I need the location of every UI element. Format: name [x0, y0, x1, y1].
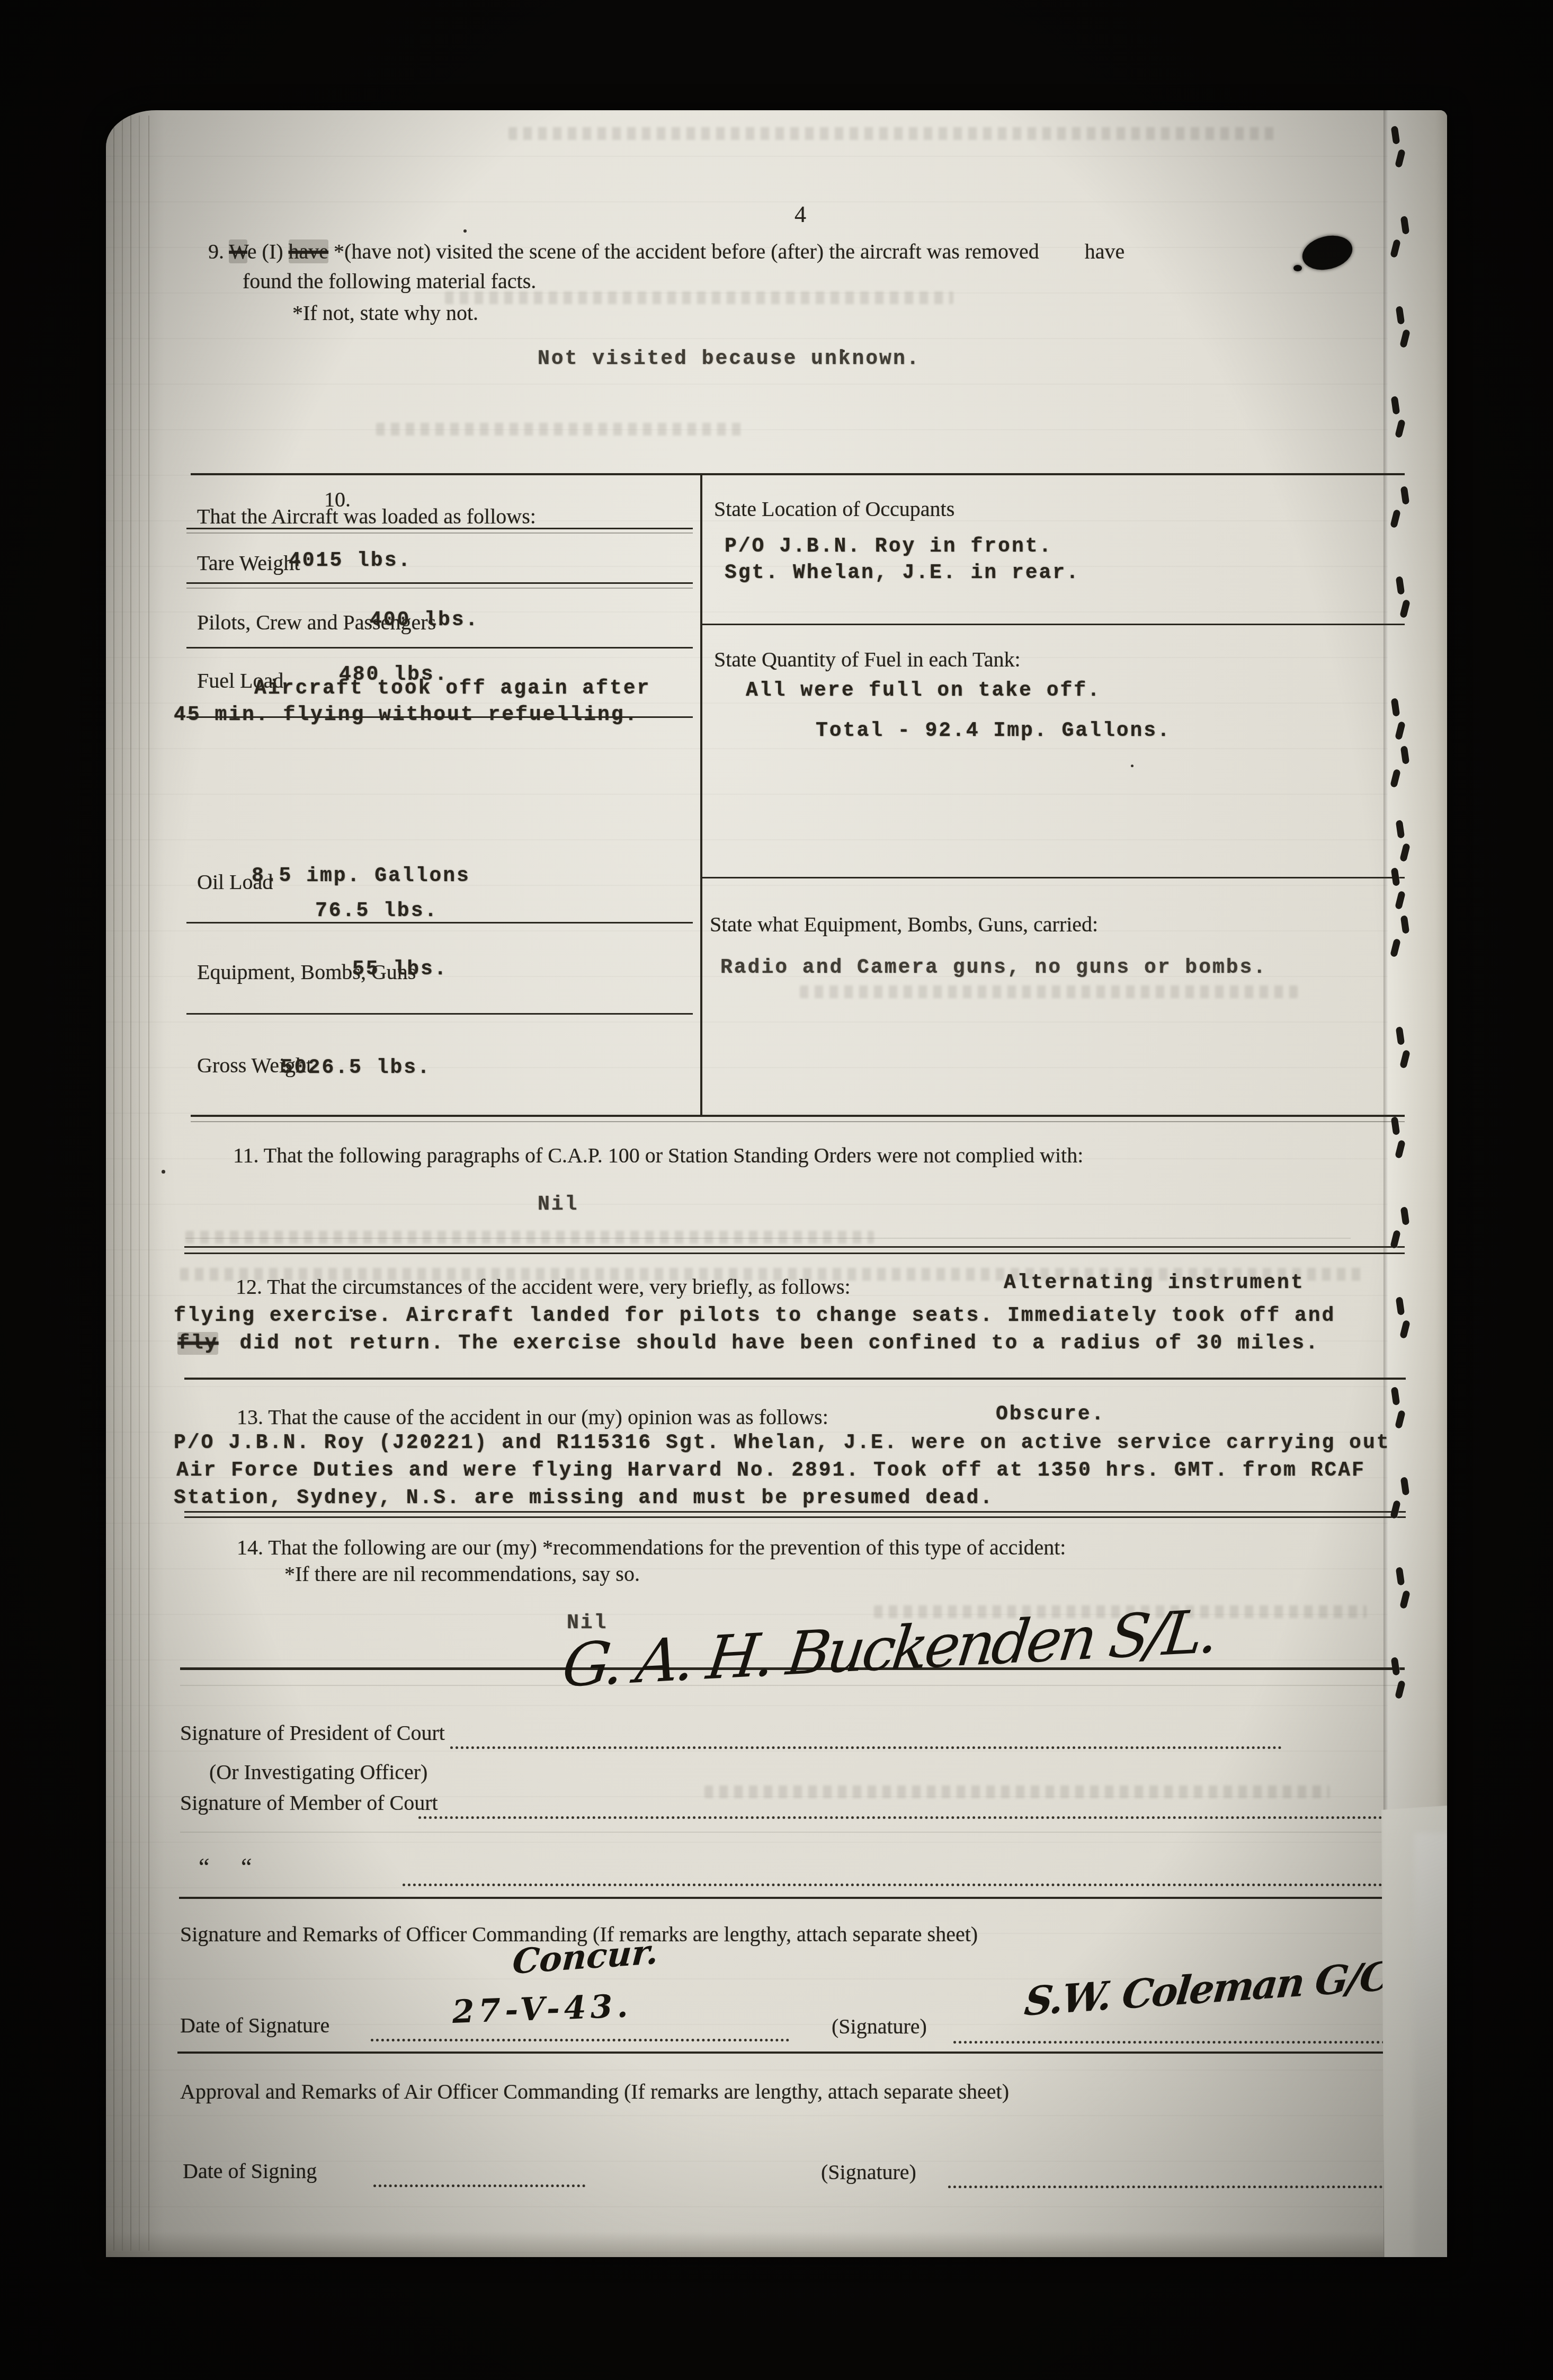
overlapping-paper-flap: [1381, 1798, 1447, 2257]
table-bottom-rule: [191, 1115, 1405, 1117]
item12-line3: flydid not return. The exercise should h…: [177, 1332, 1319, 1355]
item13-typed1: P/O J.B.N. Roy (J20221) and R115316 Sgt.…: [174, 1432, 1390, 1454]
row-underline: [186, 528, 693, 529]
row-underline: [186, 716, 693, 718]
item9-struck-have: have: [289, 239, 329, 263]
paper-speck: [350, 1309, 353, 1312]
row-underline-echo: [186, 532, 693, 534]
item9-typed-answer: Not visited because unknown.: [538, 348, 921, 370]
bottom-torn-edge: [106, 2232, 1447, 2257]
item11-typed-answer: Nil: [538, 1193, 578, 1216]
item9-line2: found the following material facts.: [243, 269, 536, 294]
ink-blot-drip: [1293, 265, 1302, 271]
signing-signature-label: (Signature): [821, 2160, 916, 2184]
equipment-carried-line1: Radio and Camera guns, no guns or bombs.: [720, 956, 1267, 979]
member-signature-line: [418, 1816, 1398, 1819]
fuel-note1: Aircraft took off again after: [254, 677, 650, 700]
item12-struck-word: fly: [177, 1332, 218, 1355]
row-underline: [186, 582, 693, 584]
signature-label: (Signature): [832, 2014, 927, 2039]
paper-speck: [463, 229, 467, 233]
left-edge-shading: [106, 110, 164, 2257]
item12-typed1: Alternating instrument: [1004, 1272, 1305, 1294]
gross-value: 5026.5 lbs.: [281, 1056, 431, 1079]
item9-number: 9.: [208, 239, 229, 263]
row-underline-echo: [186, 588, 693, 589]
paper-speck: [596, 1573, 599, 1575]
scan-background: { "document": { "page_number": "4", "ite…: [0, 0, 1553, 2380]
aoc-heading: Approval and Remarks of Air Officer Comm…: [180, 2080, 1009, 2104]
president-sub-label: (Or Investigating Officer): [209, 1760, 427, 1784]
table-top-rule: [191, 473, 1405, 475]
tare-value: 4015 lbs.: [289, 549, 412, 572]
tare-label: Tare Weight: [197, 551, 300, 575]
fuel-note2: 45 min. flying without refuelling.: [174, 704, 638, 726]
equipment-carried-label: State what Equipment, Bombs, Guns, carri…: [710, 912, 1098, 937]
date-of-signature-line: [371, 2039, 789, 2041]
oc-signature-handwriting: S.W. Coleman G/C: [1022, 1953, 1392, 2025]
item9-struck-we: W: [229, 239, 247, 263]
item9-line1-tail: have: [1085, 239, 1125, 263]
ditto-mark-left: “: [199, 1853, 209, 1881]
paper-speck: [162, 1170, 165, 1174]
divider-rule: [179, 1897, 1405, 1899]
table-bottom-rule-echo: [191, 1121, 1405, 1122]
equipment-value: 55 lbs.: [352, 958, 448, 981]
oil-value2: 76.5 lbs.: [315, 900, 438, 922]
bleedthrough-band: [508, 127, 1277, 140]
fuel-tanks-line1: All were full on take off.: [746, 679, 1101, 702]
oil-value: 8.5 imp. Gallons: [252, 865, 470, 887]
table-column-divider: [700, 475, 702, 1117]
item9-line1-rest: *(have not) visited the scene of the acc…: [328, 239, 1039, 263]
divider-rule: [184, 1246, 1405, 1248]
right-col-divider2: [700, 877, 1405, 878]
president-label: Signature of President of Court: [180, 1721, 445, 1745]
crew-value: 400 lbs.: [370, 609, 479, 632]
signing-signature-line: [948, 2186, 1409, 2188]
item12-intro: 12. That the circumstances of the accide…: [236, 1275, 851, 1299]
paper-speck: [842, 350, 845, 352]
row-underline: [186, 1013, 693, 1015]
section10-title: That the Aircraft was loaded as follows:: [197, 504, 536, 529]
date-of-signature-handwriting: 27-V-43.: [452, 1987, 633, 2031]
bleedthrough-band: [800, 985, 1298, 998]
paper-speck: [1131, 765, 1133, 767]
item13-intro: 13. That the cause of the accident in ou…: [237, 1405, 828, 1429]
fuel-tanks-line2: Total - 92.4 Imp. Gallons.: [816, 720, 1171, 742]
fuel-tanks-label: State Quantity of Fuel in each Tank:: [714, 647, 1021, 672]
item14-line1: 14. That the following are our (my) *rec…: [237, 1535, 1066, 1560]
item9-line1: 9. We (I) have *(have not) visited the s…: [208, 239, 1124, 264]
item13-typed3: Station, Sydney, N.S. are missing and mu…: [174, 1487, 994, 1509]
date-of-signature-label: Date of Signature: [180, 2013, 329, 2038]
divider-rule: [177, 2052, 1406, 2054]
item9-we-rest: e: [247, 239, 257, 263]
item9-mid: (I): [257, 239, 289, 263]
item11-text: 11. That the following paragraphs of C.A…: [233, 1143, 1083, 1168]
bleedthrough-band: [704, 1786, 1329, 1798]
oc-signature-line: [953, 2041, 1406, 2044]
row-underline: [186, 922, 693, 923]
faint-scanline: [180, 1832, 1398, 1833]
ink-blot: [1299, 230, 1356, 274]
occupants-label: State Location of Occupants: [714, 497, 954, 521]
row-underline: [186, 647, 693, 649]
item12-typed2: flying exercise. Aircraft landed for pil…: [174, 1304, 1335, 1327]
item12-typed3: did not return. The exercise should have…: [239, 1332, 1319, 1355]
member-label: Signature of Member of Court: [180, 1791, 438, 1815]
divider-rule: [184, 1378, 1406, 1380]
divider-rule: [184, 1511, 1406, 1513]
item13-typed-answer: Obscure.: [996, 1403, 1105, 1426]
president-signature-line: [450, 1746, 1282, 1749]
occupants-line1: P/O J.B.N. Roy in front.: [725, 535, 1052, 558]
ditto-mark-right: “: [241, 1853, 252, 1881]
right-col-divider1: [700, 624, 1405, 625]
page-number: 4: [795, 201, 806, 228]
bleedthrough-band: [376, 423, 747, 436]
item14-line2: *If there are nil recommendations, say s…: [284, 1562, 640, 1586]
divider-rule: [184, 1253, 1405, 1254]
bleedthrough-band: [185, 1231, 874, 1244]
item13-typed2: Air Force Duties and were flying Harvard…: [176, 1459, 1365, 1482]
item9-line3: *If not, state why not.: [292, 301, 478, 325]
divider-rule: [184, 1516, 1406, 1518]
date-of-signing-label: Date of Signing: [183, 2159, 317, 2183]
ditto-signature-line: [403, 1884, 1398, 1886]
faint-scanline: [185, 1238, 1351, 1239]
scanned-form-page: 4 9. We (I) have *(have not) visited the…: [106, 110, 1447, 2257]
date-of-signing-line: [373, 2184, 585, 2187]
occupants-line2: Sgt. Whelan, J.E. in rear.: [725, 562, 1080, 584]
